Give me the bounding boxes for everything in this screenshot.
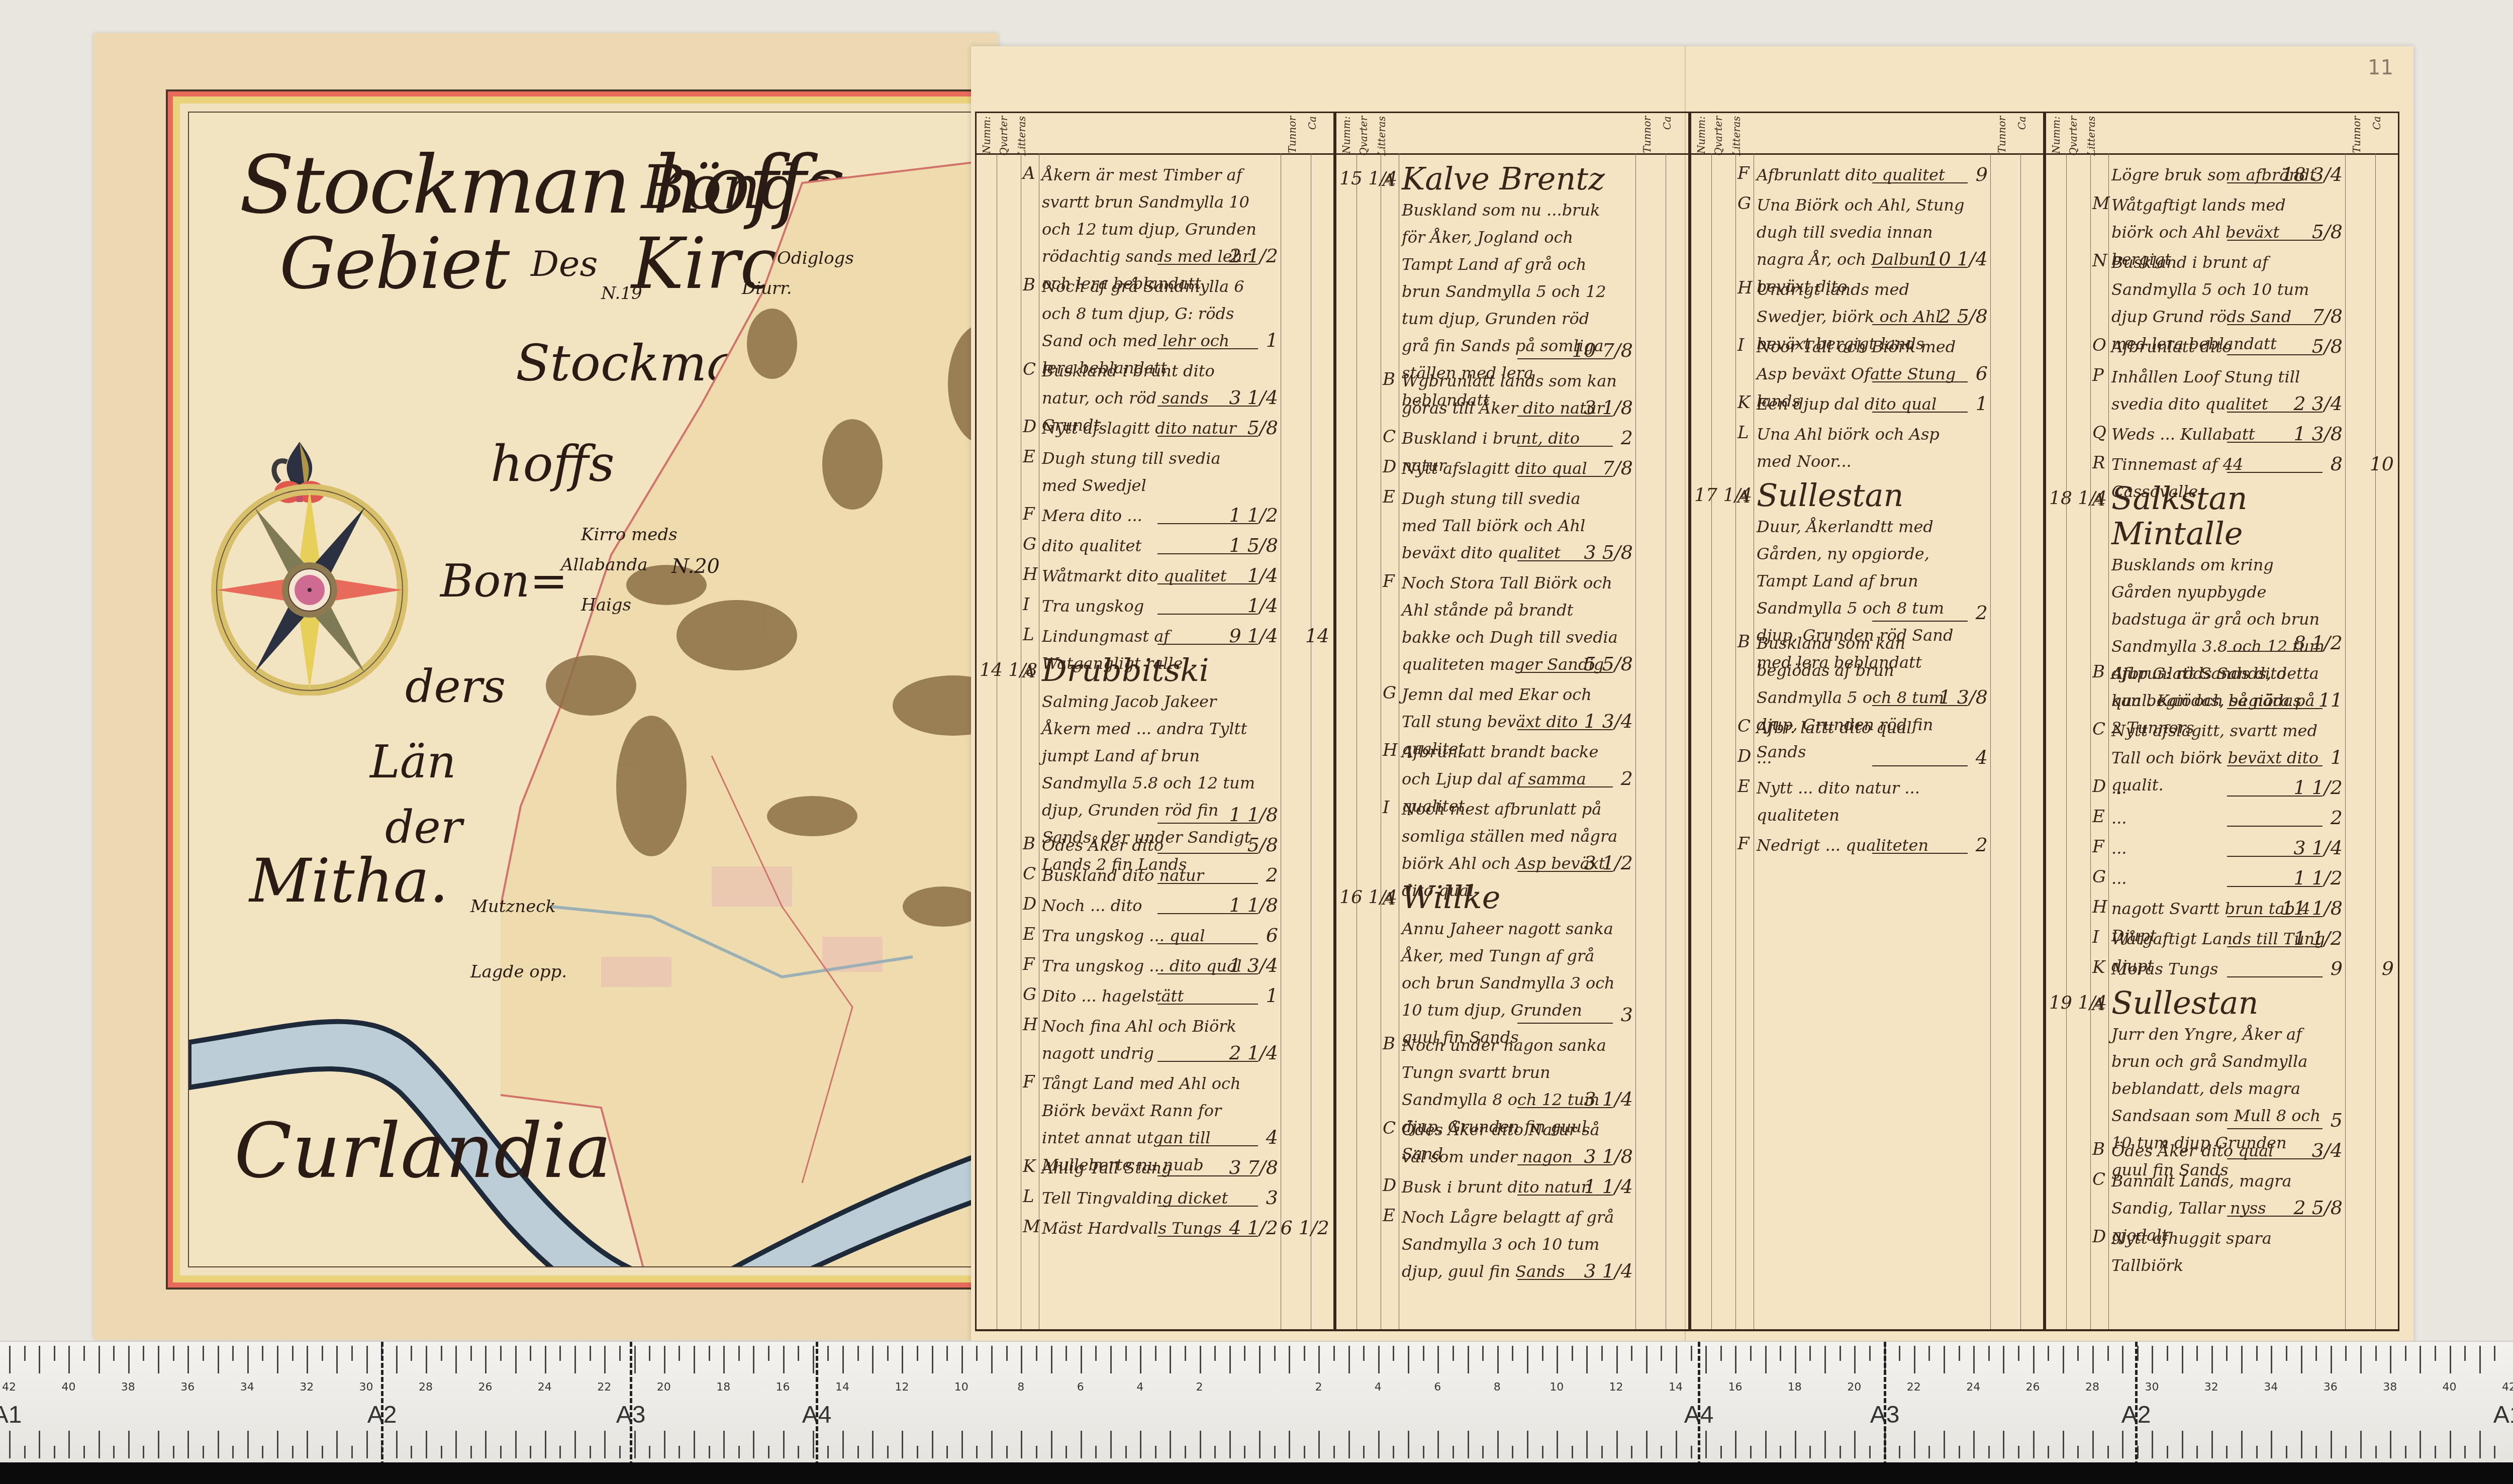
ruler-tick	[158, 1431, 159, 1458]
ruler-tick	[1289, 1431, 1290, 1458]
ruler-tick	[1661, 1446, 1662, 1458]
ruler-tick	[68, 1346, 70, 1373]
entry-underline	[1517, 476, 1613, 477]
ruler-tick	[976, 1446, 978, 1458]
ruler-tick	[39, 1431, 40, 1458]
entry-underline	[1872, 621, 1968, 622]
ruler-tick	[1333, 1346, 1335, 1361]
ruler-tick	[1185, 1346, 1186, 1361]
ruler-number: 24	[1966, 1381, 1980, 1394]
farm-name: Willke	[1402, 880, 1618, 915]
ruler-tick	[2152, 1431, 2153, 1458]
header-ca: Ca	[2371, 116, 2383, 130]
header-numm: Numm:	[1695, 116, 1707, 154]
ruler-number: 2	[1196, 1381, 1203, 1394]
ruler-tick	[664, 1431, 665, 1458]
ruler-tick	[2405, 1346, 2406, 1361]
scanner-edge	[0, 1462, 2513, 1484]
entry-underline	[1517, 416, 1613, 417]
ruler-tick	[2420, 1431, 2421, 1458]
entry-letter: B	[1383, 1034, 1395, 1054]
ruler-tick	[857, 1346, 859, 1361]
ruler-tick	[1676, 1346, 1677, 1373]
ruler-tick	[2077, 1346, 2079, 1361]
ruler-tick	[1765, 1346, 1767, 1373]
ruler-tick	[1229, 1431, 1231, 1458]
ruler-number: 30	[359, 1381, 373, 1394]
entry-letter: F	[1383, 571, 1395, 591]
ledger-entry: F...3 1/4	[2046, 835, 2398, 862]
ledger-entry: KMoras Tungs99	[2046, 955, 2398, 982]
column-header: Numm: Qvarter Litteras Tunnor Ca	[2046, 113, 2398, 155]
ruler-tick	[679, 1346, 680, 1361]
entry-letter: E	[1023, 447, 1035, 467]
ruler-tick	[2182, 1346, 2183, 1373]
entry-description: Nytt afslagitt dito qual	[1402, 455, 1618, 482]
ruler-tick	[1051, 1431, 1052, 1458]
ledger-entry: CBannalt Lands, magra Sandig, Tallar nys…	[2046, 1167, 2398, 1222]
ruler-tick	[1036, 1346, 1037, 1361]
entry-letter: E	[1383, 487, 1395, 507]
ruler-tick	[1408, 1431, 1409, 1458]
ruler-number: 42	[2, 1381, 16, 1394]
ruler-tick	[1214, 1346, 1216, 1361]
ledger-entry: PInhållen Loof Stung till svedia dito qu…	[2046, 363, 2398, 418]
ruler-tick	[887, 1346, 889, 1361]
ruler-number: 10	[954, 1381, 969, 1394]
entry-underline	[1157, 348, 1258, 349]
ledger-entry: 19 1/4ASullestanJurr den Yngre, Åker af …	[2046, 985, 2398, 1134]
entry-underline	[2227, 708, 2323, 709]
header-tunnor: Tunnor	[1641, 116, 1653, 153]
entry-underline	[2227, 1216, 2323, 1217]
place-diur: Diurr.	[742, 278, 792, 299]
ledger-entry: BNoch af grå Sandmylla 6 och 8 tum djup,…	[977, 273, 1333, 354]
entry-description: Tell Tingvalding dicket	[1042, 1184, 1258, 1212]
ruler-tick	[1214, 1446, 1216, 1458]
ruler-tick	[203, 1446, 204, 1458]
ruler-tick	[976, 1346, 978, 1361]
ledger-column-1: Numm: Qvarter Litteras Tunnor Ca AÅkern …	[975, 112, 1335, 1331]
ruler-tick	[1244, 1346, 1245, 1361]
ruler-number: 6	[1434, 1381, 1441, 1394]
ruler-tick	[2196, 1446, 2198, 1458]
ruler-tick	[768, 1446, 769, 1458]
ruler-tick	[1363, 1346, 1365, 1361]
header-qvarter: Qvarter	[1712, 116, 1724, 156]
entry-text: Buskland dito natur	[1042, 862, 1258, 889]
ruler-tick	[247, 1431, 249, 1458]
ruler-tick	[1200, 1346, 1201, 1373]
entry-description: Afbr. lattt dito qual	[1757, 714, 1973, 741]
ruler-tick	[1066, 1446, 1067, 1458]
ruler-tick	[2271, 1431, 2272, 1458]
ruler-tick	[559, 1346, 561, 1361]
ruler-tick	[1453, 1446, 1454, 1458]
ruler-tick	[2241, 1346, 2243, 1373]
ledger-entry: DBusk i brunt dito natur1 1/4	[1336, 1173, 1688, 1201]
ruler-tick	[411, 1446, 412, 1458]
entry-letter: H	[1383, 740, 1398, 760]
ruler-tick	[1110, 1431, 1112, 1458]
entry-description: Moras Tungs	[2111, 955, 2328, 982]
ruler-tick	[842, 1431, 844, 1458]
ruler-tick	[887, 1446, 889, 1458]
entry-description: Dugh stung till svedia med Swedjel	[1042, 445, 1258, 499]
ruler-tick	[1988, 1446, 1990, 1458]
ruler-tick	[1542, 1446, 1543, 1458]
ruler-tick	[768, 1346, 769, 1361]
ruler-number: 26	[478, 1381, 492, 1394]
ruler-tick	[813, 1346, 814, 1373]
entry-letter: B	[1023, 275, 1035, 295]
ruler-tick	[396, 1346, 398, 1373]
ledger-entry: 16 1/4AWillkeAnnu Jaheer nagott sanka Åk…	[1336, 880, 1688, 1029]
place-mutzneck: Mutzneck	[470, 897, 556, 917]
ruler-tick	[1512, 1346, 1513, 1361]
entry-underline	[1157, 1004, 1258, 1005]
ledger-entry: HAfbrunlatt brandt backe och Ljup dal af…	[1336, 738, 1688, 793]
entry-letter: L	[1023, 625, 1034, 645]
ruler-tick	[2450, 1346, 2451, 1373]
entry-letter: H	[1023, 1015, 1038, 1035]
ruler-tick	[545, 1346, 546, 1373]
entry-underline	[1517, 1164, 1613, 1165]
ruler-tick	[1318, 1346, 1320, 1373]
header-litteras: Litteras	[1376, 116, 1388, 156]
entry-text: Wåtmarkt dito qualitet	[1042, 562, 1258, 589]
ruler-tick	[1720, 1446, 1722, 1458]
ruler-tick	[1780, 1446, 1781, 1458]
entry-text: Nedrigt ... qualiteten	[1757, 832, 1973, 859]
ruler-tick	[1973, 1346, 1975, 1373]
ruler-tick	[1944, 1346, 1945, 1373]
ruler-tick	[2286, 1346, 2287, 1361]
ruler-number: 14	[835, 1381, 849, 1394]
ruler-number: 18	[1788, 1381, 1802, 1394]
column-header: Numm: Qvarter Litteras Tunnor Ca	[1336, 113, 1688, 155]
ruler-number: 6	[1077, 1381, 1084, 1394]
entry-underline	[1157, 1236, 1258, 1237]
region-label-curlandia: Curlandia	[234, 1108, 612, 1195]
ruler-tick	[2256, 1346, 2258, 1361]
ruler-tick	[857, 1446, 859, 1458]
entry-description: Nytt afhuggit spara Tallbiörk	[2111, 1225, 2328, 1279]
ruler-tick	[1125, 1446, 1127, 1458]
entry-letter: E	[1383, 1206, 1395, 1226]
entry-letter: D	[1383, 457, 1396, 477]
ruler-tick	[2479, 1346, 2481, 1373]
entry-letter: D	[1737, 746, 1751, 766]
ruler-tick	[203, 1346, 204, 1361]
ledger-column-2: Numm: Qvarter Litteras Tunnor Ca 15 1/4A…	[1335, 112, 1690, 1331]
entry-text: Tra ungskog ... qual	[1042, 922, 1258, 949]
entry-text: Afbrunlatt dito qualitet	[1757, 161, 1973, 188]
entry-description: Tra ungskog ... qual	[1042, 922, 1258, 949]
ruler-tick	[2033, 1346, 2035, 1373]
entry-underline	[1157, 614, 1258, 615]
entry-text: Tra ungskog ... dito qual	[1042, 952, 1258, 979]
entry-letter: L	[1023, 1186, 1034, 1207]
ruler-tick	[530, 1346, 531, 1361]
entry-letter: E	[2092, 807, 2105, 827]
ruler-tick	[2241, 1431, 2243, 1458]
ruler-number: 42	[2502, 1381, 2513, 1394]
entry-letter: B	[1023, 834, 1035, 854]
ledger-entry: BWgbrunlatt lands som kan göras till Åke…	[1336, 367, 1688, 422]
ruler-tick	[1497, 1346, 1499, 1373]
ruler-tick	[2003, 1346, 2004, 1373]
ruler-tick	[128, 1431, 130, 1458]
entry-underline	[1157, 583, 1258, 584]
entry-text: Ödes Åker dito qual	[2111, 1137, 2328, 1164]
ledger-entry: BÖdes Åker dito5/8	[977, 832, 1333, 859]
ruler-tick	[723, 1346, 725, 1373]
header-qvarter: Qvarter	[1358, 116, 1370, 156]
ruler-tick	[1512, 1446, 1513, 1458]
ledger-entry: FTra ungskog ... dito qual1 3/4	[977, 952, 1333, 979]
ruler-tick	[218, 1431, 219, 1458]
ruler-tick	[1601, 1346, 1603, 1361]
ruler-number: 38	[121, 1381, 135, 1394]
ruler-tick	[946, 1446, 948, 1458]
ruler-number: 34	[2264, 1381, 2278, 1394]
entry-underline	[1872, 267, 1968, 268]
ruler-tick	[2315, 1346, 2317, 1361]
ledger-entry: EDugh stung till svedia med Swedjel	[977, 445, 1333, 499]
ruler-number: 30	[2145, 1381, 2159, 1394]
entry-letter: C	[1737, 716, 1751, 736]
ruler-tick	[1066, 1346, 1067, 1361]
entry-underline	[1872, 381, 1968, 382]
ruler-tick	[872, 1346, 874, 1373]
place-kirro-meds: Kirro meds	[581, 525, 678, 545]
ruler-number: 40	[2443, 1381, 2457, 1394]
entry-text: Mera dito ...	[1042, 502, 1258, 529]
entry-letter: D	[1023, 894, 1036, 914]
entry-description: Ahlig Tall Stang	[1042, 1154, 1258, 1181]
entry-letter: D	[2092, 776, 2106, 797]
ruler-tick	[500, 1446, 502, 1458]
map-area: Stockman hoffs Bönder Gebiet Des Kirch=	[188, 112, 1002, 1267]
ruler-tick	[292, 1446, 294, 1458]
ruler-tick	[1720, 1346, 1722, 1361]
ruler-tick	[1095, 1446, 1097, 1458]
ledger-entry: MMäst Hardvalls Tungs4 1/26 1/2	[977, 1215, 1333, 1242]
ruler-tick	[1363, 1446, 1365, 1458]
entry-letter: I	[1737, 335, 1744, 355]
ruler-tick	[709, 1446, 710, 1458]
entry-underline	[2227, 886, 2323, 887]
entry-underline	[1157, 973, 1258, 974]
ruler-tick	[1170, 1431, 1171, 1458]
ruler-tick	[679, 1446, 680, 1458]
ruler-tick	[515, 1431, 517, 1458]
ruler-tick	[2152, 1346, 2153, 1373]
ledger-entry: FNoch Stora Tall Biörk och Ahl stånde på…	[1336, 569, 1688, 678]
ruler-tick	[1378, 1431, 1380, 1458]
ledger-entry: INoch mest afbrunlatt på somliga ställen…	[1336, 796, 1688, 877]
entry-letter: H	[1737, 278, 1753, 298]
header-tunnor: Tunnor	[2351, 116, 2363, 153]
entry-text: ...	[2111, 805, 2328, 832]
entry-total-value: 14	[1305, 625, 1329, 647]
ruler-tick	[1959, 1346, 1960, 1361]
ruler-tick	[649, 1446, 650, 1458]
ruler-tick	[1437, 1346, 1439, 1373]
entry-underline	[2227, 946, 2323, 947]
entry-letter: A	[1023, 662, 1035, 682]
ruler-tick	[292, 1346, 294, 1361]
entry-underline	[2227, 324, 2323, 325]
ledger-entry: ENytt ... dito natur ... qualiteten	[1691, 774, 2043, 829]
ruler-tick	[2375, 1446, 2377, 1458]
parcel-n19: N.19	[601, 283, 642, 304]
entry-letter: D	[1023, 417, 1036, 437]
entry-underline	[1517, 729, 1613, 730]
ruler-tick	[1705, 1431, 1707, 1458]
entry-letter: F	[1023, 504, 1035, 524]
ruler-tick	[470, 1346, 472, 1361]
ruler-tick	[2464, 1446, 2466, 1458]
ruler-tick	[798, 1446, 799, 1458]
entry-description: WillkeAnnu Jaheer nagott sanka Åker, med…	[1402, 880, 1618, 1051]
ruler-tick	[1572, 1346, 1573, 1361]
ruler-tick	[842, 1346, 844, 1373]
ruler-tick	[1899, 1446, 1900, 1458]
ledger-entry: INoor Tall och Biörk med Asp beväxt Ofat…	[1691, 333, 2043, 387]
entry-underline	[2227, 354, 2323, 355]
ruler-tick	[604, 1346, 606, 1373]
entry-underline	[1157, 823, 1258, 824]
ruler-tick	[872, 1431, 874, 1458]
ledger-entry: DNytt afhuggit spara Tallbiörk	[2046, 1225, 2398, 1252]
entry-letter: A	[1383, 170, 1395, 190]
ledger-entry: CBuskland i brunt, dito natur2	[1336, 425, 1688, 452]
ledger-entry: 18 1/4ASalkstan MintalleBusklands om kri…	[2046, 481, 2398, 657]
ruler-tick	[1750, 1346, 1752, 1361]
ruler-tick	[1110, 1346, 1112, 1373]
ruler-tick	[2360, 1431, 2362, 1458]
entry-letter: C	[1023, 359, 1036, 379]
entry-letter: M	[1023, 1217, 1040, 1237]
ruler-tick	[813, 1431, 814, 1458]
entry-underline	[1157, 913, 1258, 914]
ruler-tick	[336, 1346, 338, 1373]
ruler-tick	[545, 1431, 546, 1458]
ruler-tick	[173, 1446, 174, 1458]
ruler-tick	[1155, 1346, 1156, 1361]
ledger-entry: D...4	[1691, 744, 2043, 771]
entry-text: Een djup dal dito qual	[1757, 390, 1973, 418]
ledger-entry: DNoch ... dito1 1/8	[977, 892, 1333, 919]
ruler-tick	[1527, 1431, 1528, 1458]
entry-letter: B	[2092, 1139, 2105, 1159]
header-litteras: Litteras	[2085, 116, 2097, 156]
entry-letter: G	[1737, 193, 1751, 214]
entry-text: Noch ... dito	[1042, 892, 1258, 919]
entry-letter: C	[2092, 719, 2105, 739]
ruler-tick	[9, 1346, 11, 1373]
ledger-entry: CBuskland i brunt dito natur, och röd sa…	[977, 357, 1333, 412]
ruler-tick	[2122, 1346, 2123, 1373]
header-ca: Ca	[1306, 116, 1318, 130]
entry-letter: F	[2092, 837, 2104, 857]
entry-description: Een djup dal dito qual	[1757, 390, 1973, 418]
ruler-tick	[1274, 1346, 1276, 1361]
ruler-tick	[218, 1346, 219, 1373]
entry-description: ...	[1757, 744, 1973, 771]
ruler-tick	[2167, 1446, 2168, 1458]
entry-underline	[1517, 358, 1613, 359]
ruler-tick	[2092, 1431, 2094, 1458]
ruler-tick	[366, 1431, 368, 1458]
column-header: Numm: Qvarter Litteras Tunnor Ca	[977, 113, 1333, 155]
ledger-entry: ITra ungskog1/4	[977, 592, 1333, 620]
entry-letter: I	[1383, 798, 1389, 818]
ruler-tick	[441, 1446, 442, 1458]
ruler-tick	[1557, 1431, 1558, 1458]
ruler-tick	[932, 1431, 933, 1458]
ruler-tick	[1453, 1346, 1454, 1361]
ruler-tick	[1542, 1346, 1543, 1361]
ruler-tick	[54, 1446, 55, 1458]
entry-underline	[1517, 560, 1613, 561]
entry-underline	[2227, 1128, 2323, 1129]
entry-text: Ödes Åker dito	[1042, 832, 1258, 859]
parcel-n20: N.20	[671, 555, 720, 578]
header-qvarter: Qvarter	[2067, 116, 2079, 156]
entry-underline	[2227, 472, 2323, 473]
ledger-entry: AÅkern är mest Timber af svartt brun San…	[977, 161, 1333, 270]
ledger-entry: FAfbrunlatt dito qualitet9	[1691, 161, 2043, 188]
ruler-tick	[2256, 1446, 2258, 1458]
ruler-tick	[307, 1431, 308, 1458]
entry-underline	[1157, 644, 1258, 645]
entry-underline	[2227, 765, 2323, 766]
ruler-tick	[1527, 1346, 1528, 1373]
ledger-entry: FNedrigt ... qualiteten2	[1691, 832, 2043, 859]
paper-size-line	[816, 1342, 818, 1463]
entry-letter: A	[2092, 995, 2105, 1015]
ruler-tick	[411, 1346, 412, 1361]
ruler-tick	[694, 1346, 695, 1373]
entry-underline	[1157, 853, 1258, 854]
entry-letter: L	[1737, 423, 1749, 443]
ruler-number: 10	[1550, 1381, 1564, 1394]
ruler-tick	[902, 1346, 903, 1373]
entry-description: Nedrigt ... qualiteten	[1757, 832, 1973, 859]
entry-letter: C	[1383, 427, 1396, 447]
ruler-tick	[426, 1346, 427, 1373]
entry-underline	[1872, 853, 1968, 854]
ruler-tick	[1780, 1346, 1781, 1361]
entry-total-value: 9	[2382, 957, 2394, 979]
entry-letter: G	[2092, 867, 2106, 887]
farm-name: Salkstan Mintalle	[2111, 481, 2328, 551]
ruler-tick	[24, 1346, 26, 1361]
entry-letter: G	[1383, 683, 1396, 703]
ruler-number: 26	[2026, 1381, 2040, 1394]
entry-underline	[1157, 1206, 1258, 1207]
entry-underline	[1157, 1175, 1258, 1176]
ruler-tick	[590, 1346, 591, 1361]
ruler-tick	[1021, 1346, 1022, 1373]
ledger-entry: FMera dito ...1 1/2	[977, 502, 1333, 529]
entry-letter: H	[2092, 897, 2107, 917]
ruler-tick	[1482, 1346, 1484, 1361]
ruler-tick	[530, 1446, 531, 1458]
